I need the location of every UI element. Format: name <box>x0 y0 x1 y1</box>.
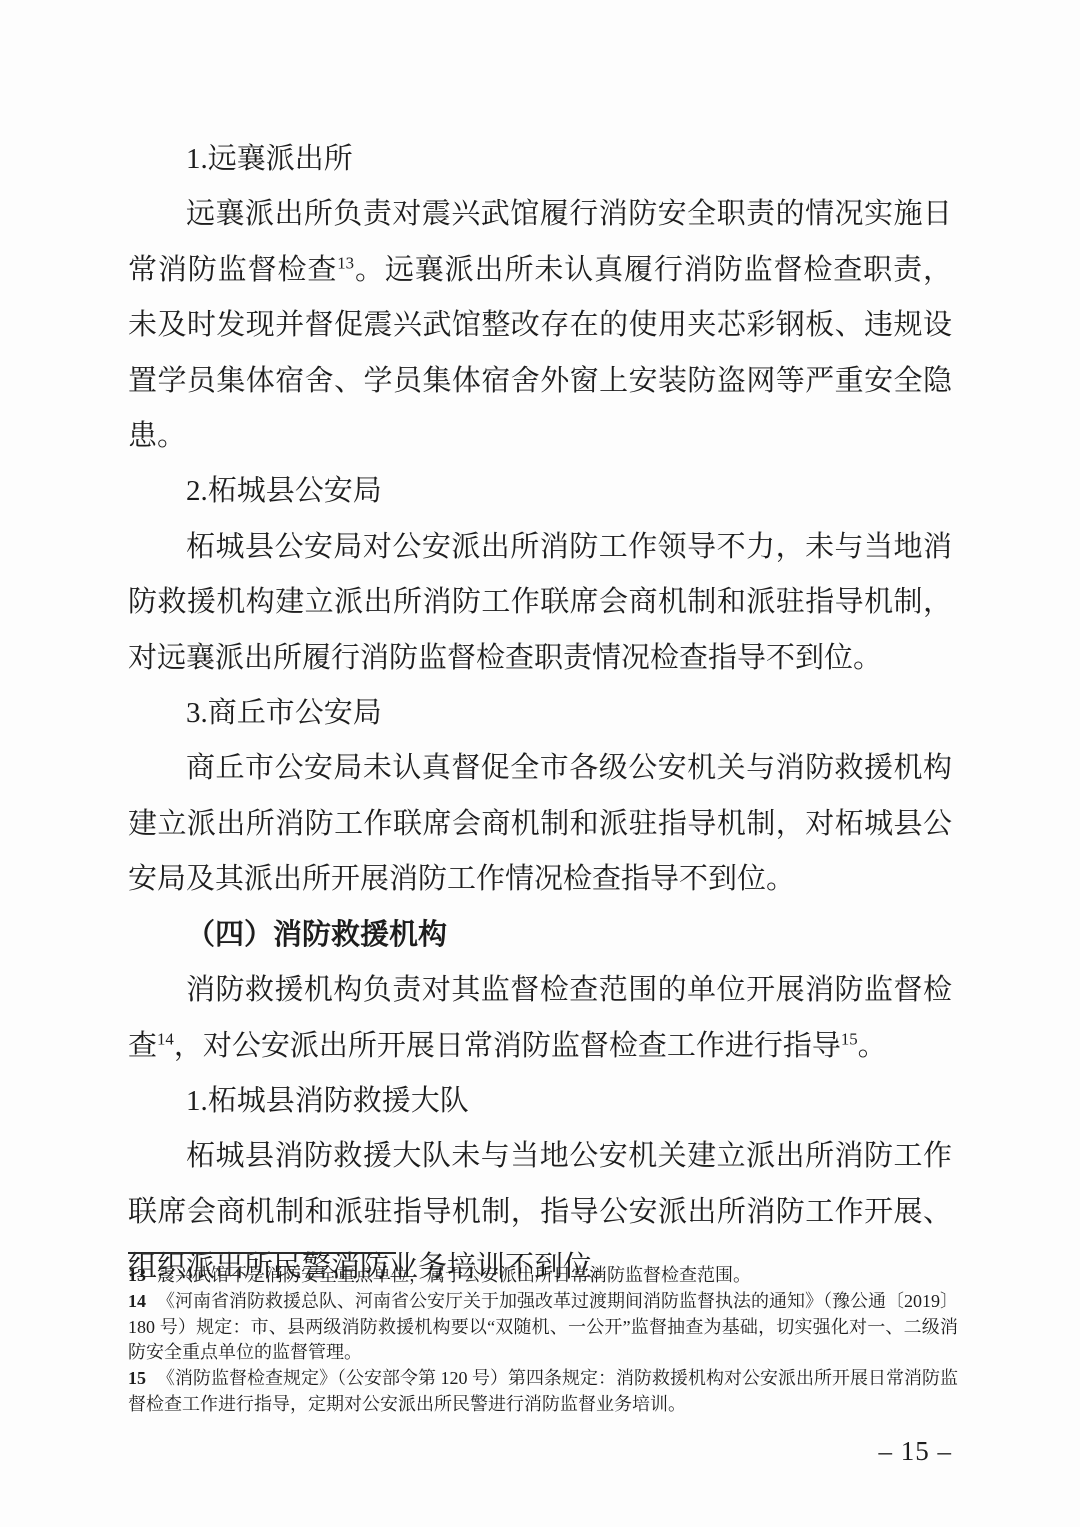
footnote-number: 14 <box>128 1291 146 1311</box>
page-number: – 15 – <box>879 1436 953 1467</box>
footnote-text: 《河南省消防救援总队、河南省公安厅关于加强改革过渡期间消防监督执法的通知》（豫公… <box>128 1291 958 1363</box>
numbered-heading: 2.柘城县公安局 <box>128 464 952 519</box>
footnotes-list: 13震兴武馆不是消防安全重点单位，属于公安派出所日常消防监督检查范围。14《河南… <box>128 1263 958 1418</box>
paragraph: 商丘市公安局未认真督促全市各级公安机关与消防救援机构建立派出所消防工作联席会商机… <box>128 741 952 907</box>
paragraph: 消防救援机构负责对其监督检查范围的单位开展消防监督检查14，对公安派出所开展日常… <box>128 963 952 1074</box>
footnote: 15《消防监督检查规定》（公安部令第 120 号）第四条规定：消防救援机构对公安… <box>128 1366 958 1418</box>
footnote-ref: 13 <box>337 253 354 272</box>
numbered-heading: 1.远襄派出所 <box>128 132 952 187</box>
footnote-ref: 14 <box>157 1029 174 1048</box>
paragraph: 柘城县公安局对公安派出所消防工作领导不力，未与当地消防救援机构建立派出所消防工作… <box>128 520 952 686</box>
footnote-ref: 15 <box>841 1029 858 1048</box>
footnote-number: 15 <box>128 1368 146 1388</box>
footnote-number: 13 <box>128 1265 146 1285</box>
footnote: 13震兴武馆不是消防安全重点单位，属于公安派出所日常消防监督检查范围。 <box>128 1263 958 1289</box>
numbered-heading: 1.柘城县消防救援大队 <box>128 1074 952 1129</box>
footnote-separator <box>128 1252 396 1254</box>
footnote-text: 震兴武馆不是消防安全重点单位，属于公安派出所日常消防监督检查范围。 <box>157 1265 751 1285</box>
paragraph: 远襄派出所负责对震兴武馆履行消防安全职责的情况实施日常消防监督检查13。远襄派出… <box>128 187 952 464</box>
numbered-heading: 3.商丘市公安局 <box>128 686 952 741</box>
footnote: 14《河南省消防救援总队、河南省公安厅关于加强改革过渡期间消防监督执法的通知》（… <box>128 1289 958 1366</box>
document-body: 1.远襄派出所远襄派出所负责对震兴武馆履行消防安全职责的情况实施日常消防监督检查… <box>128 132 952 1296</box>
section-heading: （四）消防救援机构 <box>128 908 952 963</box>
document-page: 1.远襄派出所远襄派出所负责对震兴武馆履行消防安全职责的情况实施日常消防监督检查… <box>0 0 1080 1527</box>
footnote-text: 《消防监督检查规定》（公安部令第 120 号）第四条规定：消防救援机构对公安派出… <box>128 1368 958 1414</box>
footnotes-section: 13震兴武馆不是消防安全重点单位，属于公安派出所日常消防监督检查范围。14《河南… <box>128 1252 958 1418</box>
